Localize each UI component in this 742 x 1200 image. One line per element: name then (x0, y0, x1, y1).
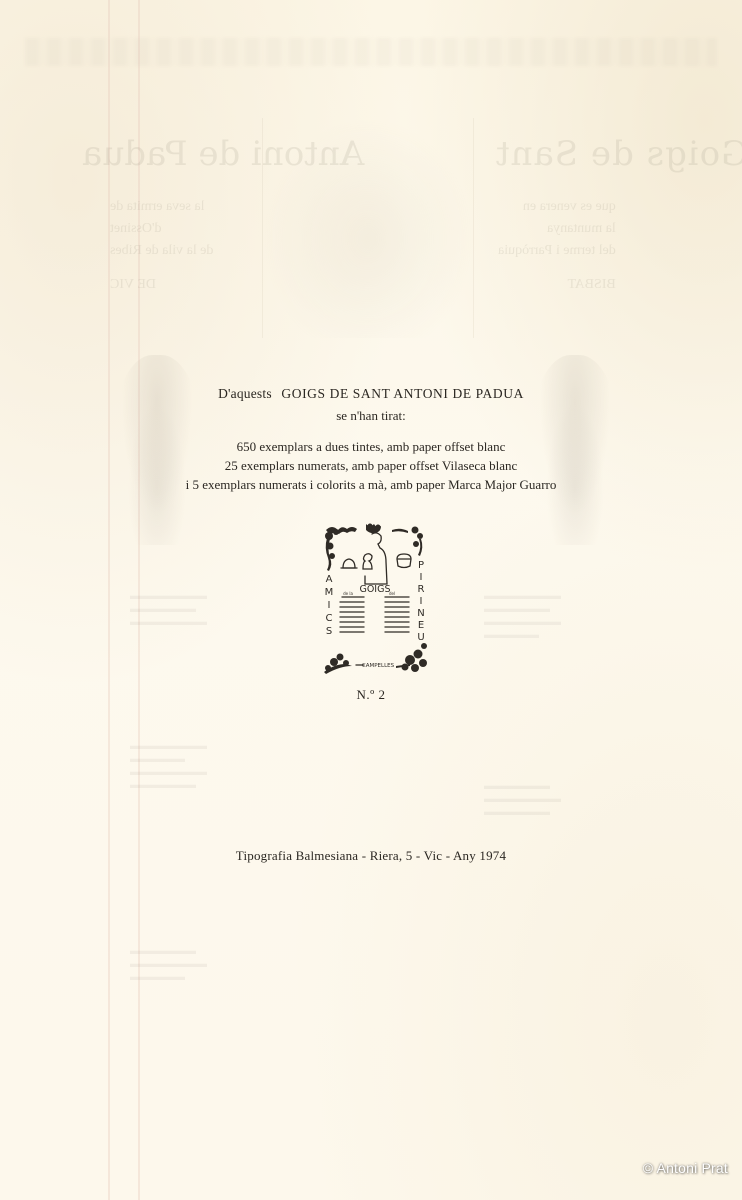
svg-text:C: C (326, 613, 333, 624)
svg-text:A: A (326, 574, 333, 585)
copy-number: N.º 2 (0, 687, 742, 703)
heading-title: GOIGS DE SANT ANTONI DE PADUA (281, 386, 524, 401)
svg-text:E: E (418, 620, 424, 631)
svg-text:I: I (420, 572, 423, 583)
edition-line: 25 exemplars numerats, amb paper offset … (0, 456, 742, 475)
svg-text:N: N (417, 608, 424, 619)
svg-text:de la: de la (343, 591, 353, 596)
svg-text:GOIGS: GOIGS (359, 584, 390, 595)
copyright-watermark: © Antoni Prat (643, 1160, 728, 1176)
svg-text:P: P (418, 560, 424, 571)
svg-text:M: M (325, 587, 334, 598)
svg-text:I: I (328, 600, 331, 611)
svg-text:S: S (326, 626, 332, 637)
printer-imprint: Tipografia Balmesiana - Riera, 5 - Vic -… (0, 848, 742, 864)
colophon: D'aquests GOIGS DE SANT ANTONI DE PADUA … (0, 0, 742, 1200)
colophon-subheading: se n'han tirat: (0, 408, 742, 424)
svg-text:R: R (418, 584, 425, 595)
edition-list: 650 exemplars a dues tintes, amb paper o… (0, 437, 742, 494)
svg-text:U: U (417, 632, 424, 643)
amics-goigs-pirineu-emblem-icon: A M I C S P I R I N E U GOIGS de la del … (320, 522, 432, 680)
colophon-heading: D'aquests GOIGS DE SANT ANTONI DE PADUA (0, 386, 742, 402)
svg-text:del: del (389, 591, 395, 596)
svg-text:I: I (420, 596, 423, 607)
edition-line: 650 exemplars a dues tintes, amb paper o… (0, 437, 742, 456)
heading-prefix: D'aquests (218, 386, 272, 401)
svg-text:CAMPELLES: CAMPELLES (362, 663, 395, 669)
edition-line: i 5 exemplars numerats i colorits a mà, … (0, 475, 742, 494)
